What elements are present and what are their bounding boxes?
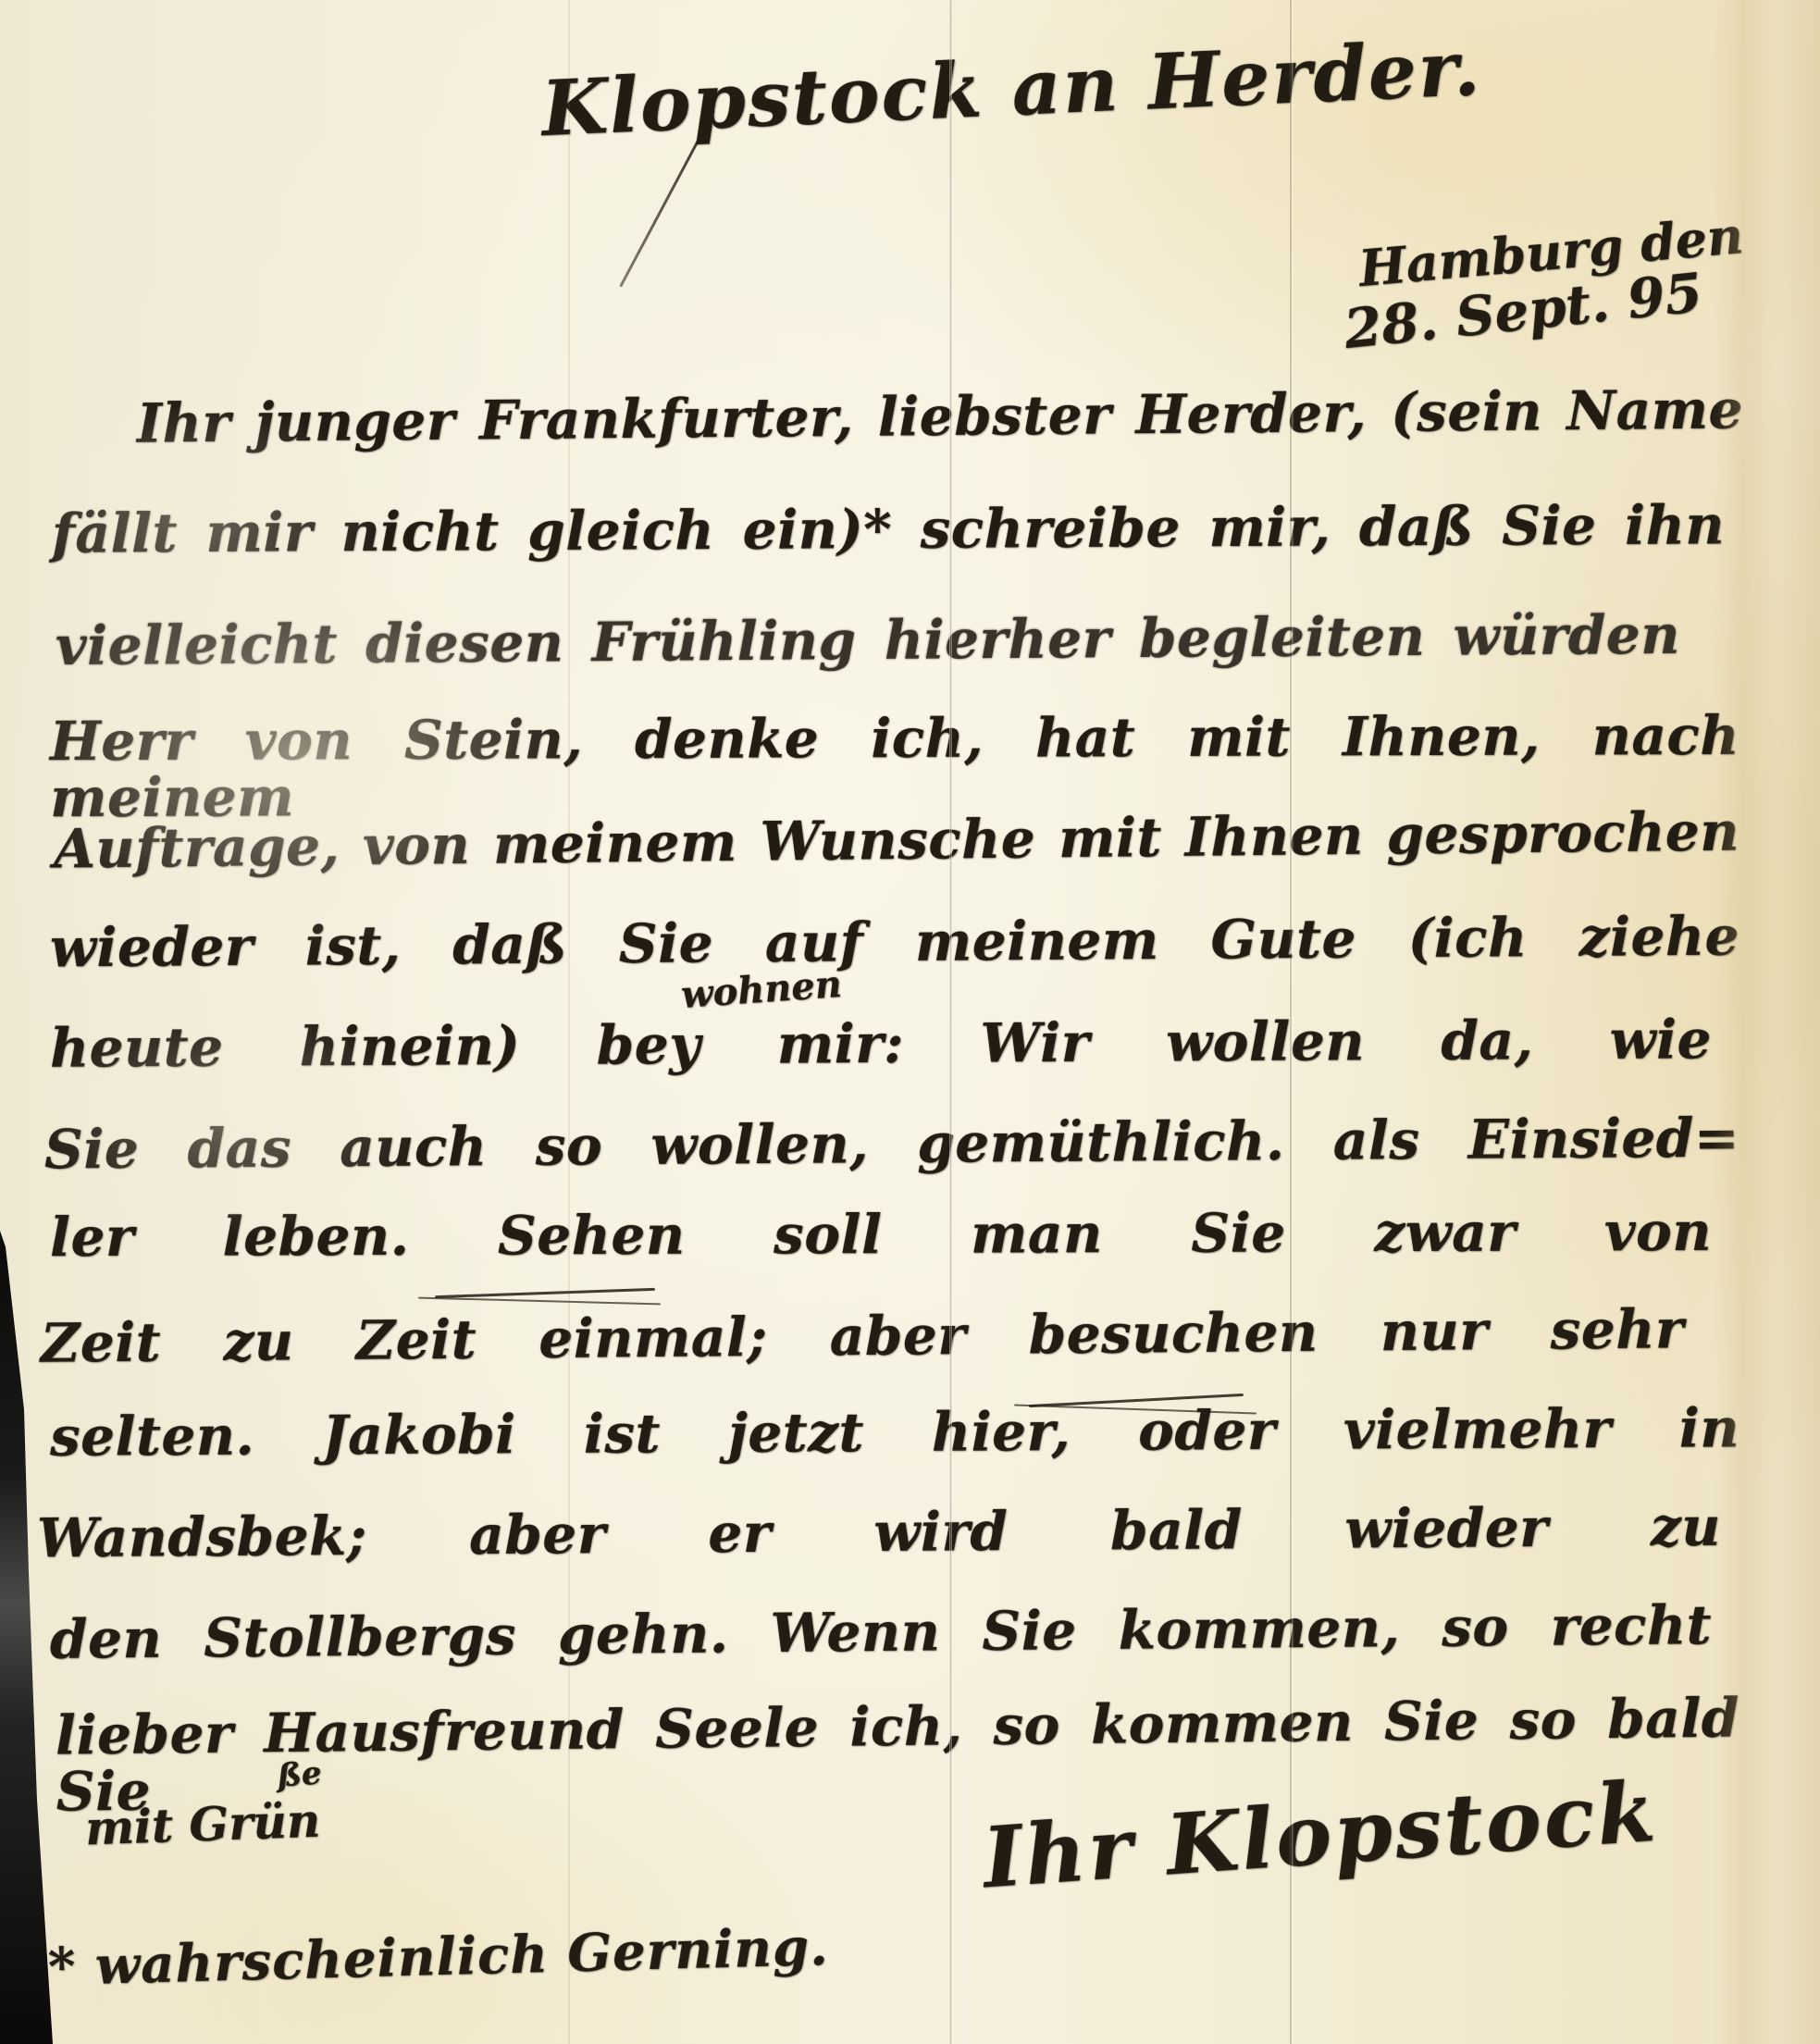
letter-line: Wandsbek; aber er wird bald wieder zu — [37, 1499, 1721, 1580]
closing-greeting: mit Grün — [84, 1793, 321, 1856]
ink-underline — [435, 1288, 655, 1298]
signature: Ihr Klopstock — [980, 1763, 1661, 1908]
letter-line: heute hinein) bey mir: Wir wollen da, wi… — [50, 1011, 1712, 1090]
footnote: * wahrscheinlich Gerning. — [47, 1916, 829, 1998]
letter-line: den Stollbergs gehn. Wenn Sie kommen, so… — [50, 1597, 1713, 1681]
letter-line: Auftrage, von meinem Wunsche mit Ihnen g… — [54, 803, 1740, 890]
letter-line: Zeit zu Zeit einmal; aber besuchen nur s… — [41, 1301, 1685, 1385]
letter-line: ler leben. Sehen soll man Sie zwar von — [50, 1204, 1712, 1280]
letter-line: vielleicht diesen Frühling hierher begle… — [56, 607, 1680, 688]
ink-underline — [418, 1297, 661, 1306]
letter-line: Ihr junger Frankfurter, liebster Herder,… — [137, 381, 1744, 465]
letter-line: wieder ist, daß Sie auf meinem Gute (ich… — [50, 909, 1740, 990]
letter-line: Herr von Stein, denke ich, hat mit Ihnen… — [50, 708, 1740, 784]
letter-line: Sie das auch so wollen, gemüthlich. als … — [44, 1110, 1740, 1192]
letter-line: fällt mir nicht gleich ein)* schreibe mi… — [52, 497, 1725, 576]
letter-line: selten. Jakobi ist jetzt hier, oder viel… — [50, 1400, 1740, 1479]
letter-title: Klopstock an Herder. — [539, 24, 1483, 154]
closing-greeting-superscript: ße — [277, 1754, 323, 1794]
letter-scan-page: Klopstock an Herder. Hamburg den 28. Sep… — [0, 0, 1820, 2044]
